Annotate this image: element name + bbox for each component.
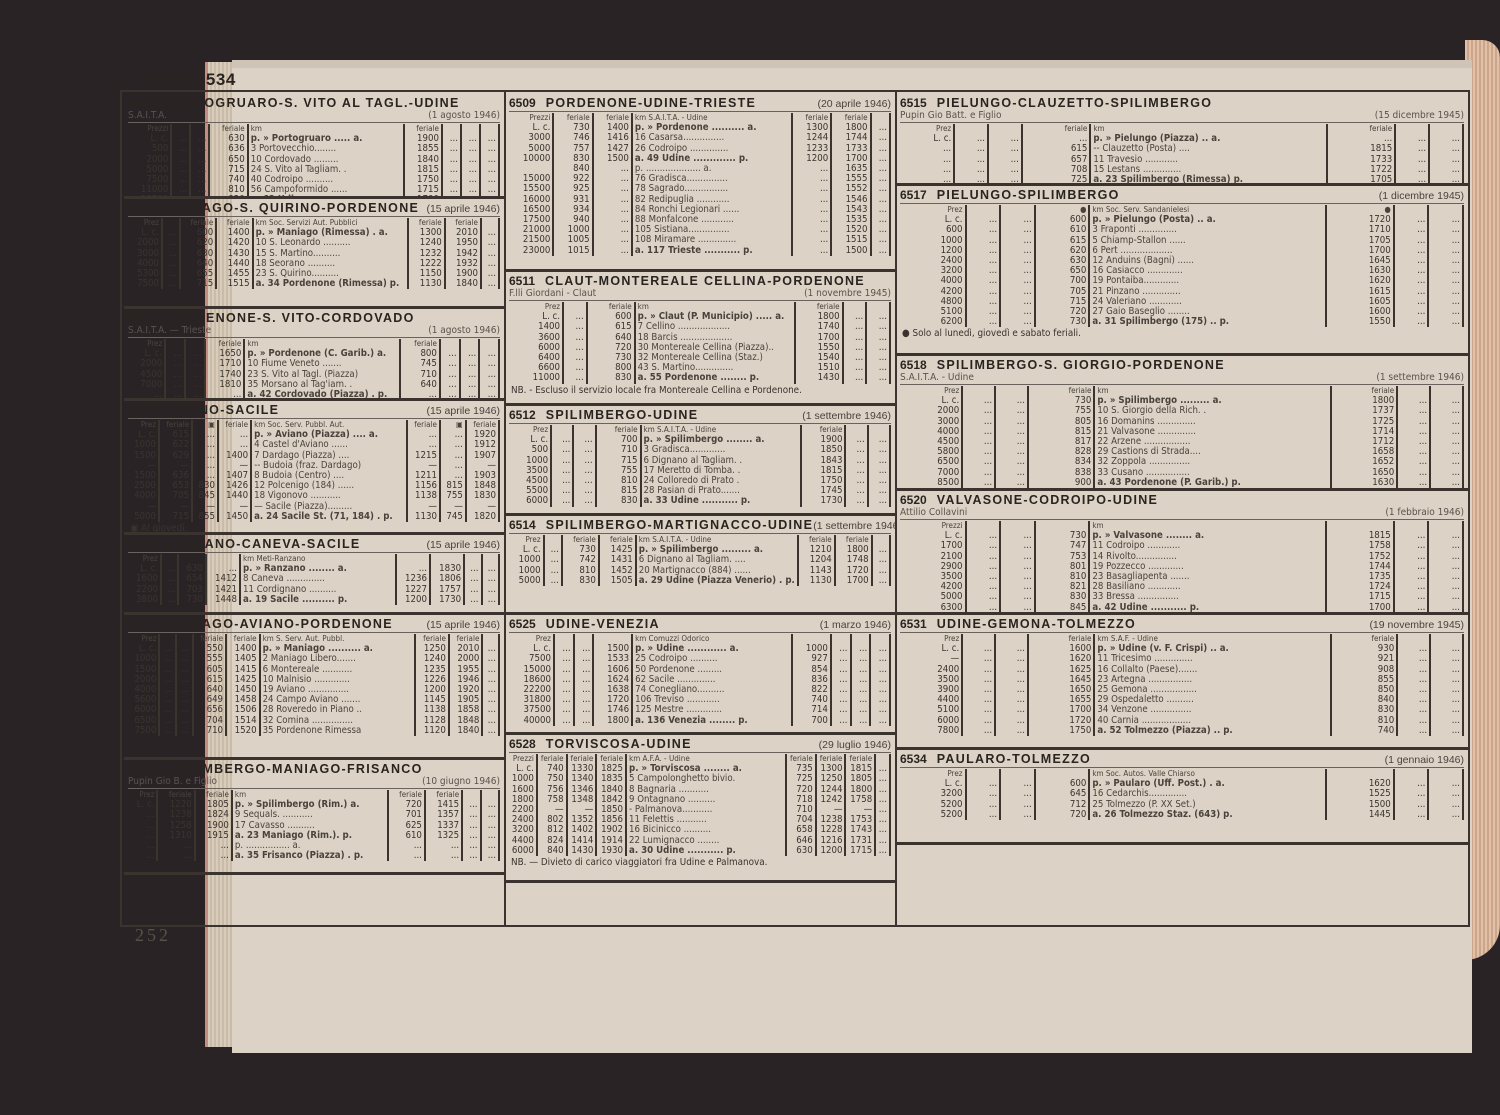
station-cell: a. 55 Pordenone ........ p. — [635, 373, 795, 383]
effective-date: (1 marzo 1946) — [820, 619, 891, 631]
table-row: 5000...8301505a. 29 Udine (Piazza Veneri… — [509, 576, 890, 586]
schedule-table: Prezferialekm S.A.F. - UdineferialeL. c.… — [900, 634, 1464, 736]
footnote: ● Solo al lunedì, giovedì e sabato feria… — [900, 327, 1464, 340]
time-cell: ... — [962, 726, 995, 736]
table-row: 11000...830a. 55 Pordenone ........ p.14… — [509, 373, 890, 383]
timetable-block-6505: 6505PORDENONE-S. VITO-CORDOVADOS.A.I.T.A… — [124, 309, 504, 401]
time-cell: 1500 — [831, 246, 870, 256]
fare-cell: 8500 — [900, 478, 962, 488]
route-number: 6525 — [509, 617, 536, 631]
time-cell: ... — [460, 390, 480, 400]
time-cell: ... — [1430, 478, 1463, 488]
time-cell: 1450 — [218, 512, 251, 522]
station-cell: a. 43 Pordenone (P. Garib.) p. — [1094, 478, 1330, 488]
time-cell: 900 — [1028, 478, 1094, 488]
time-cell: 1705 — [1327, 175, 1395, 185]
table-row: 8500......900a. 43 Pordenone (P. Garib.)… — [900, 478, 1463, 488]
time-cell: ... — [176, 726, 193, 736]
table-row: .........725a. 23 Spilimbergo (Rimessa) … — [900, 175, 1463, 185]
block-header: 6528TORVISCOSA-UDINE(29 luglio 1946) — [509, 737, 891, 751]
block-subheader — [509, 631, 891, 633]
footnote: NB. - Escluso il servizio locale fra Mon… — [509, 384, 891, 397]
timetable-block-6506: 6506AVIANO-SACILE(15 aprile 1946)Prezfer… — [124, 401, 504, 535]
block-subheader — [900, 766, 1464, 768]
route-number: 6504 — [128, 201, 155, 215]
effective-date: (1 agosto 1946) — [428, 325, 500, 336]
time-cell: 1800 — [593, 716, 632, 726]
time-cell: 1200 — [816, 846, 846, 856]
schedule-table: PrezferialeferialekmferialeferialeL. c.1… — [128, 790, 500, 861]
effective-date: (15 aprile 1946) — [426, 203, 500, 215]
station-cell: a. 23 Spilimbergo (Rimessa) p. — [1090, 175, 1326, 185]
table-row: 230001015...a. 117 Trieste ........... p… — [509, 246, 890, 256]
time-cell: ... — [159, 726, 176, 736]
route-title: UDINE-GEMONA-TOLMEZZO — [937, 617, 1370, 631]
route-number: 6521 — [128, 617, 155, 631]
time-cell: ... — [157, 851, 194, 861]
schedule-table: Prezferialekm S.A.I.T.A. - UdineferialeL… — [509, 425, 891, 507]
table-row: 40000......1800a. 136 Venezia ........ p… — [509, 716, 890, 726]
effective-date: (20 aprile 1946) — [817, 98, 891, 110]
fare-cell: 7500 — [128, 726, 159, 736]
block-header: 6525UDINE-VENEZIA(1 marzo 1946) — [509, 617, 891, 631]
time-cell: 715 — [180, 279, 216, 289]
block-header: 6517PIELUNGO-SPILIMBERGO(1 dicembre 1945… — [900, 188, 1464, 202]
timetable-frame: 6502PORTOGRUARO-S. VITO AL TAGL.-UDINES.… — [120, 90, 1470, 927]
block-header: 6502PORTOGRUARO-S. VITO AL TAGL.-UDINE — [128, 96, 500, 110]
time-cell: ... — [954, 175, 988, 185]
station-cell: a. 29 Udine (Piazza Venerio) . p. — [636, 576, 798, 586]
block-subheader: Pupin Gio B. e Figlio(10 giugno 1946) — [128, 776, 500, 789]
timetable-block-6524: 6524SPILIMBERGO-MANIAGO-FRISANCOPupin Gi… — [124, 760, 504, 875]
fare-cell: 40000 — [509, 716, 554, 726]
station-cell: 35 Pordenone Rimessa — [260, 726, 416, 736]
time-cell: 1430 — [567, 846, 597, 856]
time-cell: ... — [1395, 175, 1429, 185]
time-cell: 710 — [193, 726, 227, 736]
station-cell: a. 34 Pordenone (Rimessa) p. — [253, 279, 409, 289]
time-cell: 1930 — [596, 846, 626, 856]
table-row: 7500...7151515a. 34 Pordenone (Rimessa) … — [128, 279, 499, 289]
time-cell: ... — [1000, 317, 1035, 327]
timetable-block-6502: 6502PORTOGRUARO-S. VITO AL TAGL.-UDINES.… — [124, 94, 504, 199]
time-cell: ... — [195, 851, 232, 861]
schedule-table: PrezzikmL. c.......730p. » Valvasone ...… — [900, 521, 1464, 613]
schedule-table: PrezferialekmferialeL. c.......1650p. » … — [128, 339, 500, 400]
time-cell: ... — [831, 716, 851, 726]
route-number: 6531 — [900, 617, 927, 631]
schedule-table: Prezziferialeferialeferialekm A.F.A. - U… — [509, 754, 891, 856]
route-number: 6505 — [128, 311, 155, 325]
block-header: 6515PIELUNGO-CLAUZETTO-SPILIMBERGO — [900, 96, 1464, 110]
time-cell: 1715 — [845, 846, 875, 856]
time-cell: 1840 — [445, 279, 481, 289]
time-cell: 1130 — [798, 576, 835, 586]
timetable-block-6517: 6517PIELUNGO-SPILIMBERGO(1 dicembre 1945… — [896, 186, 1468, 356]
time-cell: ... — [481, 851, 499, 861]
route-title: PIELUNGO-CLAUZETTO-SPILIMBERGO — [937, 96, 1464, 110]
time-cell: ... — [482, 726, 499, 736]
station-cell: a. 42 Cordovado (Piazza) . p. — [244, 390, 400, 400]
block-subheader — [509, 110, 891, 112]
time-cell: ... — [870, 716, 890, 726]
time-cell: ... — [554, 716, 574, 726]
station-cell: a. 24 Sacile St. (71, 184) . p. — [251, 512, 407, 522]
time-cell: 720 — [1035, 810, 1090, 820]
time-cell: 730 — [1035, 317, 1090, 327]
side-note: ▣ Al giovedì. — [128, 522, 500, 535]
route-number: 6524 — [128, 762, 155, 776]
time-cell: 830 — [596, 496, 641, 506]
time-cell: ... — [962, 478, 995, 488]
time-cell: ... — [995, 478, 1028, 488]
route-title: PAULARO-TOLMEZZO — [937, 752, 1385, 766]
time-cell: 1820 — [466, 512, 499, 522]
schedule-table: Prezkm Meti-RanzanoL. c....630...p. » Ra… — [128, 554, 500, 605]
time-cell: 1515 — [216, 279, 252, 289]
time-cell: ... — [966, 810, 1001, 820]
time-cell: ... — [845, 496, 867, 506]
timetable-block-6525: 6525UDINE-VENEZIA(1 marzo 1946)Prezkm Co… — [505, 615, 895, 735]
operator-name: Pupin Gio B. e Figlio — [128, 776, 217, 787]
fare-cell: 10000 — [509, 154, 553, 164]
time-cell: ... — [866, 373, 890, 383]
route-number: 6508 — [128, 537, 155, 551]
schedule-table: PrezferialekmferialeL. c..........p. » P… — [900, 124, 1464, 185]
route-title: MANIAGO-AVIANO-PORDENONE — [165, 617, 427, 631]
effective-date: (15 dicembre 1945) — [1375, 110, 1464, 121]
fare-cell: 11000 — [509, 373, 563, 383]
effective-date: (19 novembre 1945) — [1369, 619, 1464, 631]
route-number: 6520 — [900, 493, 927, 507]
time-cell: ... — [843, 373, 867, 383]
timetable-block-6509: 6509PORDENONE-UDINE-TRIESTE(20 aprile 19… — [505, 94, 895, 272]
route-title: PORDENONE-UDINE-TRIESTE — [546, 96, 818, 110]
time-cell: 830 — [562, 576, 599, 586]
time-cell: ... — [1428, 603, 1463, 613]
time-cell: ... — [440, 390, 460, 400]
timetable-block-6520: 6520VALVASONE-CODROIPO-UDINEAttilio Coll… — [896, 491, 1468, 615]
schedule-table: Prezferialeferialekm S.A.I.T.A. - Udinef… — [509, 535, 891, 586]
time-cell: 1130 — [407, 512, 440, 522]
route-number: 6512 — [509, 408, 536, 422]
station-cell: a. 52 Tolmezzo (Piazza) .. p. — [1094, 726, 1330, 736]
schedule-table: Prezferialeferialekm S. Serv. Aut. Pubbl… — [128, 634, 500, 736]
table-row: 7500......710152035 Pordenone Rimessa112… — [128, 726, 499, 736]
time-cell: ... — [851, 716, 871, 726]
effective-date: (1 novembre 1945) — [804, 288, 891, 299]
time-cell: ... — [462, 851, 480, 861]
time-cell: 830 — [587, 373, 635, 383]
timetable-block-6508: 6508RANZANO-CANEVA-SACILE(15 aprile 1946… — [124, 535, 504, 615]
effective-date: (15 aprile 1946) — [426, 539, 500, 551]
block-subheader — [128, 215, 500, 217]
effective-date: (1 settembre 1946) — [813, 520, 895, 532]
time-cell: ... — [1394, 603, 1429, 613]
station-cell: a. 35 Frisanco (Piazza) . p. — [232, 851, 388, 861]
time-cell: ... — [161, 595, 178, 605]
effective-date: (1 febbraio 1946) — [1385, 507, 1464, 518]
fare-cell: 5000 — [509, 576, 544, 586]
route-number: 6517 — [900, 188, 927, 202]
time-cell: ... — [1430, 726, 1463, 736]
time-cell: ... — [205, 390, 245, 400]
route-title: PIELUNGO-SPILIMBERGO — [937, 188, 1379, 202]
table-row: 5200......720a. 26 Tolmezzo Staz. (643) … — [900, 810, 1463, 820]
operator-name: S.A.I.T.A. — Trieste — [128, 325, 211, 336]
time-cell: 740 — [1331, 726, 1397, 736]
time-cell: ... — [966, 317, 1001, 327]
page-number: 252 — [135, 925, 171, 946]
block-header: 6514SPILIMBERGO-MARTIGNACCO-UDINE(1 sett… — [509, 518, 891, 532]
block-header: 6509PORDENONE-UDINE-TRIESTE(20 aprile 19… — [509, 96, 891, 110]
table-row: 6000......830a. 33 Udine ........... p.1… — [509, 496, 890, 506]
route-title: VALVASONE-CODROIPO-UDINE — [937, 493, 1464, 507]
time-cell: 840 — [537, 846, 567, 856]
block-header: 6521MANIAGO-AVIANO-PORDENONE(15 aprile 1… — [128, 617, 500, 631]
time-cell: ... — [574, 716, 594, 726]
time-cell: 1550 — [1326, 317, 1394, 327]
route-title: SPILIMBERGO-MARTIGNACCO-UDINE — [546, 518, 814, 532]
route-title: PORDENONE-S. VITO-CORDOVADO — [165, 311, 500, 325]
fare-cell: 6000 — [509, 496, 551, 506]
route-title: MANIAGO-S. QUIRINO-PORDENONE — [165, 201, 427, 215]
time-cell: ... — [425, 851, 462, 861]
time-cell: ... — [871, 246, 890, 256]
route-title: RANZANO-CANEVA-SACILE — [165, 537, 427, 551]
time-cell: 1445 — [1326, 810, 1394, 820]
time-cell: 1448 — [206, 595, 240, 605]
time-cell: ... — [995, 726, 1028, 736]
timetable-block-6528: 6528TORVISCOSA-UDINE(29 luglio 1946)Prez… — [505, 735, 895, 883]
station-cell: a. 42 Udine ........... p. — [1089, 603, 1325, 613]
time-cell: 1520 — [226, 726, 260, 736]
time-cell: ... — [1428, 317, 1463, 327]
operator-name: Pupin Gio Batt. e Figlio — [900, 110, 1002, 121]
route-title: PORTOGRUARO-S. VITO AL TAGL.-UDINE — [165, 96, 500, 110]
time-cell: ... — [593, 246, 632, 256]
fare-cell: 5200 — [900, 810, 966, 820]
time-cell: 1130 — [408, 279, 444, 289]
timetable-block-6511: 6511CLAUT-MONTEREALE CELLINA-PORDENONEF.… — [505, 272, 895, 406]
time-cell: 1700 — [1326, 603, 1394, 613]
timetable-block-6504: 6504MANIAGO-S. QUIRINO-PORDENONE(15 apri… — [124, 199, 504, 309]
time-cell: ... — [1394, 317, 1429, 327]
block-header: 6508RANZANO-CANEVA-SACILE(15 aprile 1946… — [128, 537, 500, 551]
effective-date: (1 dicembre 1945) — [1379, 190, 1464, 202]
schedule-table: PrezferialekmferialeL. c....600p. » Clau… — [509, 302, 891, 384]
route-title: TORVISCOSA-UDINE — [546, 737, 819, 751]
operator-name: S.A.I.T.A. — [128, 110, 167, 121]
time-cell: ... — [185, 390, 205, 400]
time-cell: ... — [875, 846, 890, 856]
route-title: CLAUT-MONTEREALE CELLINA-PORDENONE — [545, 274, 891, 288]
effective-date: (1 gennaio 1946) — [1385, 754, 1464, 766]
route-number: 6518 — [900, 358, 927, 372]
time-cell: ... — [563, 373, 587, 383]
route-title: AVIANO-SACILE — [165, 403, 427, 417]
block-header: 6531UDINE-GEMONA-TOLMEZZO(19 novembre 19… — [900, 617, 1464, 631]
time-cell: ... — [1429, 175, 1463, 185]
timetable-block-6514: 6514SPILIMBERGO-MARTIGNACCO-UDINE(1 sett… — [505, 516, 895, 615]
block-header: 6520VALVASONE-CODROIPO-UDINE — [900, 493, 1464, 507]
time-cell: 1120 — [415, 726, 449, 736]
fare-cell: ... — [128, 851, 157, 861]
block-subheader — [509, 532, 891, 534]
timetable-block-6515: 6515PIELUNGO-CLAUZETTO-SPILIMBERGOPupin … — [896, 94, 1468, 186]
time-cell: 1700 — [835, 576, 872, 586]
schedule-table: Prezkm Comuzzi OdoricoL. c.......1500p. … — [509, 634, 891, 726]
block-header: 6511CLAUT-MONTEREALE CELLINA-PORDENONE — [509, 274, 891, 288]
time-cell: ... — [792, 246, 831, 256]
effective-date: (10 giugno 1946) — [422, 776, 500, 787]
time-cell: 1630 — [1331, 478, 1397, 488]
schedule-table: Prez●km Soc. Serv. Sandanielesi●L. c....… — [900, 205, 1464, 327]
time-cell: ... — [544, 576, 562, 586]
time-cell: ... — [573, 496, 595, 506]
block-subheader — [509, 751, 891, 753]
time-cell: 630 — [786, 846, 816, 856]
time-cell: ... — [868, 496, 890, 506]
station-cell: a. 33 Udine ........... p. — [641, 496, 801, 506]
block-subheader: S.A.I.T.A. — Trieste(1 agosto 1946) — [128, 325, 500, 338]
fare-cell: 6300 — [900, 603, 966, 613]
fare-cell: 7800 — [900, 726, 962, 736]
time-cell: ... — [551, 496, 573, 506]
fare-cell: ... — [128, 390, 165, 400]
time-cell: 1430 — [795, 373, 843, 383]
route-number: 6514 — [509, 518, 536, 532]
route-number: 6506 — [128, 403, 155, 417]
time-cell: ... — [388, 851, 425, 861]
block-header: 6505PORDENONE-S. VITO-CORDOVADO — [128, 311, 500, 325]
time-cell: 1200 — [396, 595, 430, 605]
time-cell: ... — [165, 390, 185, 400]
table-row: 6300......845a. 42 Udine ........... p.1… — [900, 603, 1463, 613]
route-number: 6511 — [509, 274, 535, 288]
route-title: UDINE-VENEZIA — [546, 617, 820, 631]
time-cell: 1730 — [801, 496, 846, 506]
effective-date: (29 luglio 1946) — [819, 739, 891, 751]
block-subheader: F.lli Giordani - Claut(1 novembre 1945) — [509, 288, 891, 301]
block-subheader — [900, 631, 1464, 633]
block-subheader — [128, 631, 500, 633]
time-cell: ... — [1000, 810, 1035, 820]
timetable-block-6518: 6518SPILIMBERGO-S. GIORGIO-PORDENONES.A.… — [896, 356, 1468, 491]
block-header: 6534PAULARO-TOLMEZZO(1 gennaio 1946) — [900, 752, 1464, 766]
time-cell: ... — [464, 595, 481, 605]
timetable-block-6534: 6534PAULARO-TOLMEZZO(1 gennaio 1946)Prez… — [896, 750, 1468, 845]
operator-name: F.lli Giordani - Claut — [509, 288, 596, 299]
time-cell: ... — [1428, 810, 1463, 820]
time-cell: 1750 — [1028, 726, 1094, 736]
effective-date: (15 aprile 1946) — [426, 619, 500, 631]
fare-cell: 7500 — [128, 279, 162, 289]
route-number: 6528 — [509, 737, 536, 751]
time-cell: 845 — [1035, 603, 1090, 613]
effective-date: (1 settembre 1946) — [802, 410, 891, 422]
block-subheader — [509, 422, 891, 424]
block-header: 6518SPILIMBERGO-S. GIORGIO-PORDENONE — [900, 358, 1464, 372]
route-number: 6502 — [128, 96, 155, 110]
effective-date: (1 agosto 1946) — [428, 110, 500, 121]
route-number: 6509 — [509, 96, 536, 110]
block-subheader: S.A.I.T.A. - Udine(1 settembre 1946) — [900, 372, 1464, 385]
route-title: SPILIMBERGO-S. GIORGIO-PORDENONE — [937, 358, 1464, 372]
timetable-block-6531: 6531UDINE-GEMONA-TOLMEZZO(19 novembre 19… — [896, 615, 1468, 750]
time-cell: ... — [872, 576, 890, 586]
time-cell: ... — [966, 603, 1001, 613]
block-subheader — [128, 417, 500, 419]
fare-cell: 6000 — [509, 846, 537, 856]
time-cell: ... — [1397, 478, 1430, 488]
time-cell: 700 — [792, 716, 831, 726]
time-cell: ... — [479, 390, 499, 400]
time-cell: ... — [1397, 726, 1430, 736]
time-cell: 855 — [192, 512, 218, 522]
block-header: 6524SPILIMBERGO-MANIAGO-FRISANCO — [128, 762, 500, 776]
time-cell: 1015 — [553, 246, 592, 256]
time-cell: 1840 — [449, 726, 483, 736]
schedule-table: PrezferialekmferialeL. c.......730p. » S… — [900, 386, 1464, 488]
time-cell: ... — [482, 595, 499, 605]
effective-date: (15 aprile 1946) — [426, 405, 500, 417]
route-title: SPILIMBERGO-MANIAGO-FRISANCO — [165, 762, 500, 776]
time-cell: 730 — [178, 595, 205, 605]
block-subheader: Pupin Gio Batt. e Figlio(15 dicembre 194… — [900, 110, 1464, 123]
route-number: 6515 — [900, 96, 927, 110]
station-cell: a. 30 Udine ........... p. — [626, 846, 786, 856]
timetable-block-6521: 6521MANIAGO-AVIANO-PORDENONE(15 aprile 1… — [124, 615, 504, 760]
time-cell: ... — [1394, 810, 1429, 820]
fare-cell: 5000 — [128, 512, 159, 522]
fare-cell: 3800 — [128, 595, 161, 605]
page-header-range: 6502-6534 — [150, 70, 236, 90]
time-cell: ... — [1000, 603, 1035, 613]
fare-cell: 23000 — [509, 246, 553, 256]
table-row: ............a. 42 Cordovado (Piazza) . p… — [128, 390, 499, 400]
time-cell: 1505 — [599, 576, 636, 586]
station-cell: a. 117 Trieste ........... p. — [632, 246, 792, 256]
schedule-table: Prezferiale▣ferialekm Soc. Serv. Pubbl. … — [128, 420, 500, 522]
time-cell: ... — [481, 279, 499, 289]
table-row: 600084014301930a. 30 Udine ........... p… — [509, 846, 890, 856]
station-cell: a. 31 Spilimbergo (175) .. p. — [1089, 317, 1325, 327]
block-subheader — [128, 551, 500, 553]
fare-cell: ... — [900, 175, 954, 185]
footnote: NB. — Divieto di carico viaggiatori fra … — [509, 856, 891, 869]
block-subheader: Attilio Collavini(1 febbraio 1946) — [900, 507, 1464, 520]
column-divider — [504, 92, 506, 925]
operator-name: Attilio Collavini — [900, 507, 967, 518]
effective-date: (1 settembre 1946) — [1376, 372, 1464, 383]
table-row: 3800...7301448a. 19 Sacile .......... p.… — [128, 595, 499, 605]
schedule-table: Prezferialeferialekm Soc. Servizi Aut. P… — [128, 218, 500, 289]
time-cell: 745 — [440, 512, 466, 522]
route-number: 6534 — [900, 752, 927, 766]
block-subheader: S.A.I.T.A.(1 agosto 1946) — [128, 110, 500, 123]
timetable-block-6512: 6512SPILIMBERGO-UDINE(1 settembre 1946)P… — [505, 406, 895, 516]
station-cell: a. 26 Tolmezzo Staz. (643) p. — [1089, 810, 1325, 820]
time-cell: 1730 — [430, 595, 464, 605]
column-divider — [895, 92, 897, 925]
block-header: 6506AVIANO-SACILE(15 aprile 1946) — [128, 403, 500, 417]
time-cell: ... — [162, 279, 180, 289]
schedule-table: Prezkm Soc. Autos. Valle ChiarsoL. c....… — [900, 769, 1464, 820]
table-row: 6200......730a. 31 Spilimbergo (175) .. … — [900, 317, 1463, 327]
time-cell: ... — [988, 175, 1022, 185]
block-header: 6504MANIAGO-S. QUIRINO-PORDENONE(15 apri… — [128, 201, 500, 215]
